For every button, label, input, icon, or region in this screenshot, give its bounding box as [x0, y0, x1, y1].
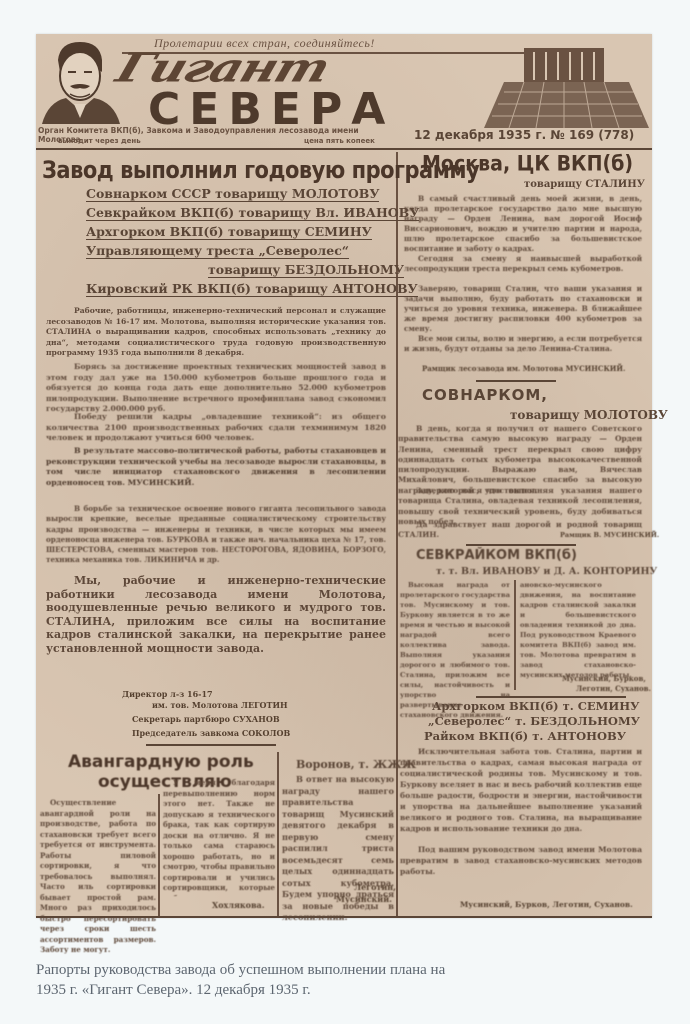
addressee-line: товарищу МОЛОТОВУ — [510, 408, 668, 422]
article-paragraph: Мы, рабочие и инженерно-технические рабо… — [46, 574, 386, 655]
masthead: Пролетарии всех стран, соединяйтесь! Гиг… — [36, 34, 652, 146]
addressee-line: Кировский РК ВКП(б) товарищу АНТОНОВУ — [86, 281, 418, 297]
signature-line: Леготин, Суханов. — [576, 684, 651, 693]
column-divider — [514, 580, 516, 690]
column-headline: Воронов, т. ЖЖЖ — [296, 758, 416, 771]
portrait-illustration-icon — [40, 38, 122, 124]
caption-line: 1935 г. «Гигант Севера». 12 декабря 1935… — [36, 980, 636, 1000]
article-paragraph: Под вашим руководством завод имени Молот… — [400, 844, 642, 877]
signature-line: Председатель завкома СОКОЛОВ — [132, 728, 290, 738]
signature-line: Мусинский. — [336, 894, 392, 904]
newspaper-page: Пролетарии всех стран, соединяйтесь! Гиг… — [36, 34, 652, 918]
article-paragraph: Борясь за достижение проектных техническ… — [46, 362, 386, 415]
right-headline-sovnarkom: СОВНАРКОМ, — [422, 386, 548, 404]
masthead-divider — [36, 148, 652, 150]
addressee-line: Управляющему треста „Северолес“ — [86, 243, 349, 259]
article-paragraph: Заверяю, товарищ Сталин, что ваши указан… — [404, 284, 642, 334]
right-headline-addressee: Райком ВКП(б) т. АНТОНОВУ — [424, 729, 626, 743]
addressee-line: товарищу СТАЛИНУ — [524, 179, 645, 190]
right-headline-addressee: Архгорком ВКП(б) т. СЕМИНУ — [432, 699, 639, 713]
signature-line: им. тов. Молотова ЛЕГОТИН — [152, 700, 288, 710]
column-text: Осуществление авангардной роли на произв… — [40, 798, 156, 956]
section-divider — [476, 696, 626, 698]
article-paragraph: Все мои силы, волю и энергию, а если пот… — [404, 334, 642, 354]
signature-line: Мусинский, Бурков, — [562, 674, 646, 683]
signature-line: Рамщик В. МУСИНСКИЙ. — [560, 531, 659, 539]
signature-line: Секретарь партбюро СУХАНОВ — [132, 714, 280, 724]
article-paragraph: Сегодня за смену я наивысшей выработкой … — [404, 254, 642, 274]
signature-line: Леготин, — [354, 882, 396, 892]
bottom-left-headline: Авангардную роль — [68, 752, 254, 772]
right-headline-sevkraikom: СЕВКРАЙКОМ ВКП(б) — [416, 548, 577, 563]
column-divider — [277, 752, 279, 916]
main-headline: Завод выполнил годовую программу — [42, 156, 479, 184]
addressee-line: Архгорком ВКП(б) товарищу СЕМИНУ — [86, 224, 372, 240]
signature-line: Рамщик лесозавода им. Молотова МУСИНСКИЙ… — [422, 364, 625, 373]
signature-line: Хохлякова. — [212, 900, 265, 910]
section-divider — [146, 744, 276, 746]
column-text: ановско-мусинского движения, на воспитан… — [520, 580, 636, 680]
right-headline-moscow: Москва, ЦК ВКП(б) — [422, 152, 633, 176]
article-paragraph: В самый счастливый день моей жизни, в де… — [404, 194, 642, 254]
figure-caption: Рапорты руководства завода об успешном в… — [36, 960, 636, 1000]
price-note: цена пять копеек — [304, 137, 375, 145]
article-paragraph: В борьбе за техническое освоение нового … — [46, 504, 386, 566]
addressee-line: Севкрайком ВКП(б) товарищу Вл. ИВАНОВУ — [86, 205, 419, 221]
signature-line: Мусинский, Бурков, Леготин, Суханов. — [460, 900, 633, 909]
column-divider — [158, 794, 160, 916]
column-text: У меня благодаря перевыполнению норм это… — [163, 778, 275, 896]
addressee-line: Совнарком СССР товарищу МОЛОТОВУ — [86, 186, 379, 202]
addressee-line: товарищу БЕЗДОЛЬНОМУ — [208, 262, 404, 278]
factory-building-illustration-icon — [484, 42, 649, 128]
signature-line: Директор л-з 16-17 — [122, 689, 213, 699]
article-paragraph: Исключительная забота тов. Сталина, парт… — [400, 746, 642, 834]
section-divider — [466, 544, 576, 546]
caption-line: Рапорты руководства завода об успешном в… — [36, 960, 636, 980]
frequency-note: выходит через день — [58, 137, 141, 145]
addressee-line: т. т. Вл. ИВАНОВУ и Д. А. КОНТОРИНУ — [436, 566, 657, 577]
article-paragraph: В результате массово-политической работы… — [46, 446, 386, 488]
article-paragraph: Рабочие, работницы, инженерно-технически… — [46, 306, 386, 359]
right-headline-addressee: „Северолес“ т. БЕЗДОЛЬНОМУ — [428, 714, 640, 728]
issue-dateline: 12 декабря 1935 г. № 169 (778) — [414, 128, 634, 142]
article-paragraph: Победу решили кадры „овладевшие техникой… — [46, 412, 386, 444]
page-bottom-rule — [36, 916, 652, 918]
section-divider — [476, 380, 556, 382]
